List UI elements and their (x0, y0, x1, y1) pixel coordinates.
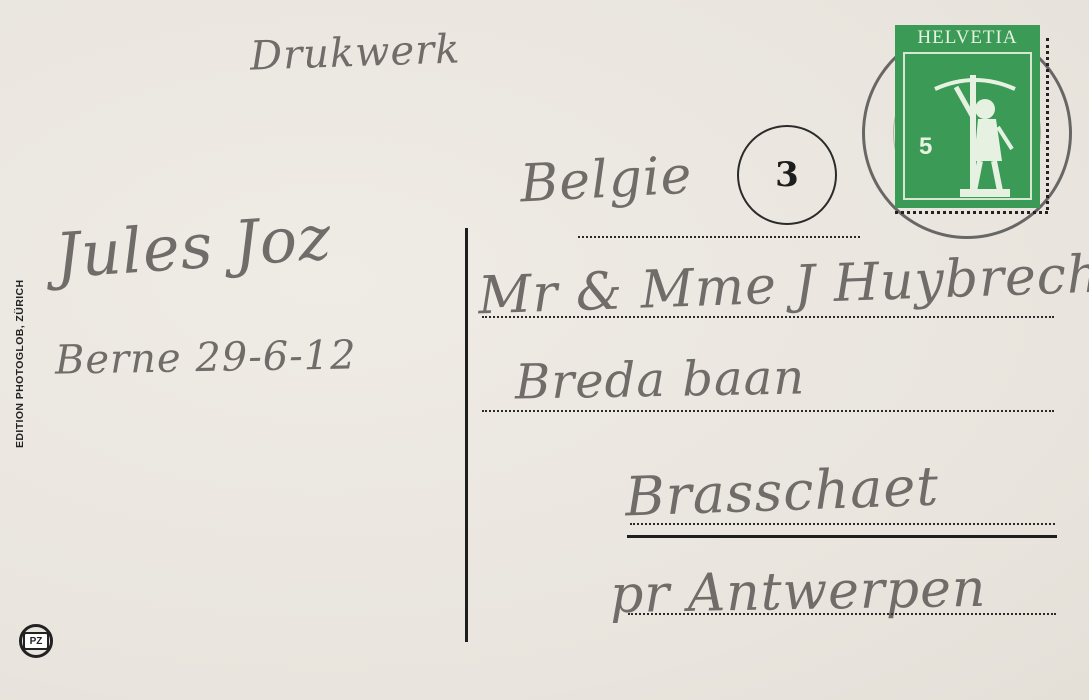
postage-stamp: HELVETIA 5 (895, 25, 1040, 208)
address-street: Breda baan (515, 349, 806, 410)
handwritten-sender-name: Jules Joz (53, 200, 334, 292)
stamp-perforation-right (1046, 38, 1049, 210)
stamp-country: HELVETIA (895, 27, 1040, 49)
stamp-perforation-bottom (895, 211, 1048, 214)
address-line-2 (482, 316, 1054, 318)
crossbow-boy-icon (930, 61, 1020, 201)
handwritten-place-date: Berne 29-6-12 (55, 332, 357, 383)
rate-mark-circle: 3 (737, 125, 837, 225)
address-via: pr Antwerpen (610, 559, 987, 626)
center-divider (465, 228, 468, 642)
handwritten-note-top: Drukwerk (249, 26, 461, 79)
address-line-5 (628, 613, 1056, 615)
address-town: Brasschaet (624, 455, 940, 529)
publisher-logo-text: PZ (23, 632, 49, 650)
address-line-4 (630, 523, 1055, 525)
stamp-value: 5 (919, 133, 932, 161)
address-line-1 (578, 236, 860, 238)
publisher-logo-icon: PZ (19, 624, 53, 658)
address-recipient: Mr & Mme J Huybrechs (477, 244, 1089, 327)
postcard: EDITION PHOTOGLOB, ZÜRICH PZ Drukwerk Ju… (0, 0, 1089, 700)
address-underline-solid (627, 535, 1057, 538)
address-country: Belgie (519, 146, 694, 215)
rate-mark-number: 3 (775, 155, 799, 195)
publisher-imprint: EDITION PHOTOGLOB, ZÜRICH (14, 280, 26, 448)
address-line-3 (482, 410, 1054, 412)
